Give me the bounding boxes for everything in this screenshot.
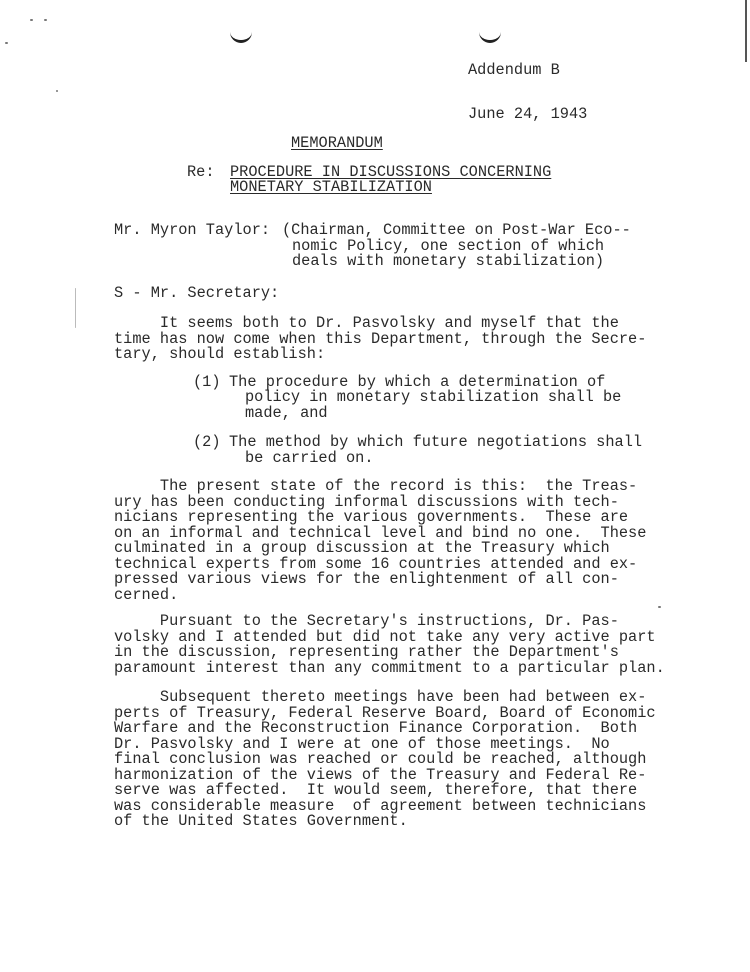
list-item-number: (1) bbox=[193, 375, 221, 391]
scan-speck bbox=[56, 90, 58, 92]
memo-title: MEMORANDUM bbox=[291, 136, 383, 152]
paragraph-line: pressed various views for the enlightenm… bbox=[114, 572, 619, 588]
page-edge-shadow bbox=[745, 0, 747, 62]
scan-speck bbox=[658, 606, 661, 608]
scan-speck bbox=[30, 19, 33, 21]
memo-date: June 24, 1943 bbox=[468, 107, 587, 123]
scan-speck bbox=[5, 42, 8, 44]
addressee-name: Mr. Myron Taylor: bbox=[114, 223, 270, 239]
subject-line-2: MONETARY STABILIZATION bbox=[230, 180, 432, 196]
list-item-number: (2) bbox=[193, 435, 221, 451]
routing-line: S - Mr. Secretary: bbox=[114, 286, 279, 302]
paragraph-line: paramount interest than any commitment t… bbox=[114, 661, 665, 677]
punch-hole-mark-left bbox=[230, 32, 252, 43]
addendum-label: Addendum B bbox=[468, 63, 560, 79]
scan-speck bbox=[44, 19, 47, 21]
addressee-note-line: deals with monetary stabilization) bbox=[292, 254, 604, 270]
list-item-line: made, and bbox=[245, 406, 328, 422]
scan-speck bbox=[75, 288, 76, 328]
paragraph-line: tary, should establish: bbox=[114, 347, 325, 363]
paragraph-line: cerned. bbox=[114, 588, 178, 604]
re-label: Re: bbox=[187, 165, 215, 181]
list-item-line: be carried on. bbox=[245, 451, 374, 467]
paragraph-line: of the United States Government. bbox=[114, 814, 408, 830]
punch-hole-mark-right bbox=[479, 32, 501, 43]
